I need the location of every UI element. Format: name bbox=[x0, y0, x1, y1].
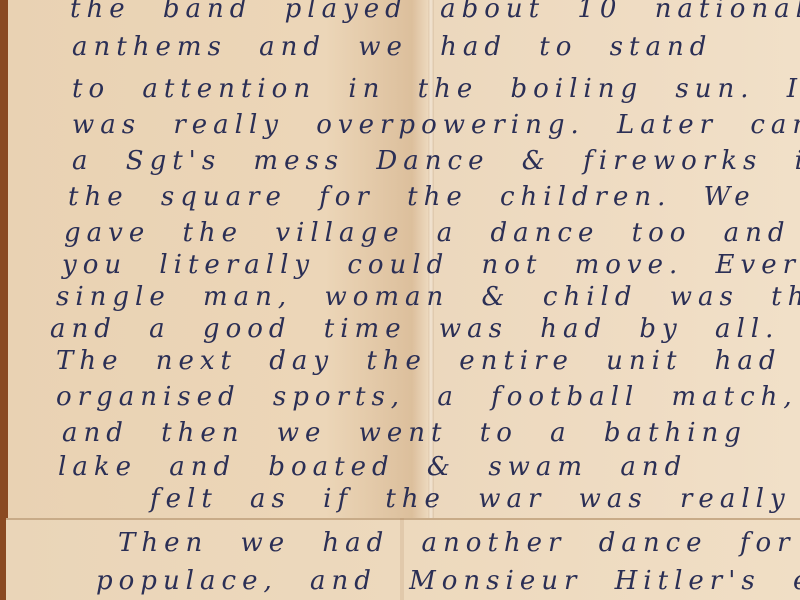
handwritten-line: anthems and we had to stand bbox=[72, 32, 712, 62]
handwritten-line: and a good time was had by all. bbox=[50, 314, 779, 344]
handwritten-line: The next day the entire unit had bbox=[56, 346, 782, 376]
handwritten-line: a Sgt's mess Dance & fireworks in bbox=[72, 146, 800, 176]
handwritten-line: you literally could not move. Every bbox=[62, 250, 800, 280]
handwritten-line: Then we had another dance for the bbox=[118, 528, 800, 558]
handwritten-line: the square for the children. We bbox=[68, 182, 756, 212]
handwritten-line: lake and boated & swam and bbox=[58, 452, 687, 482]
handwritten-line: populace, and Monsieur Hitler's effigy bbox=[96, 566, 800, 596]
handwritten-line: was really overpowering. Later came bbox=[72, 110, 800, 140]
handwritten-line: the band played about 10 national bbox=[70, 0, 800, 24]
handwritten-line: to attention in the boiling sun. It bbox=[72, 74, 800, 104]
handwritten-line: gave the village a dance too and bbox=[64, 218, 791, 248]
handwritten-line: and then we went to a bathing bbox=[62, 418, 747, 448]
handwritten-line: organised sports, a football match, bbox=[56, 382, 798, 412]
handwritten-line: felt as if the war was really over. bbox=[150, 484, 800, 514]
handwritten-line: single man, woman & child was there bbox=[56, 282, 800, 312]
